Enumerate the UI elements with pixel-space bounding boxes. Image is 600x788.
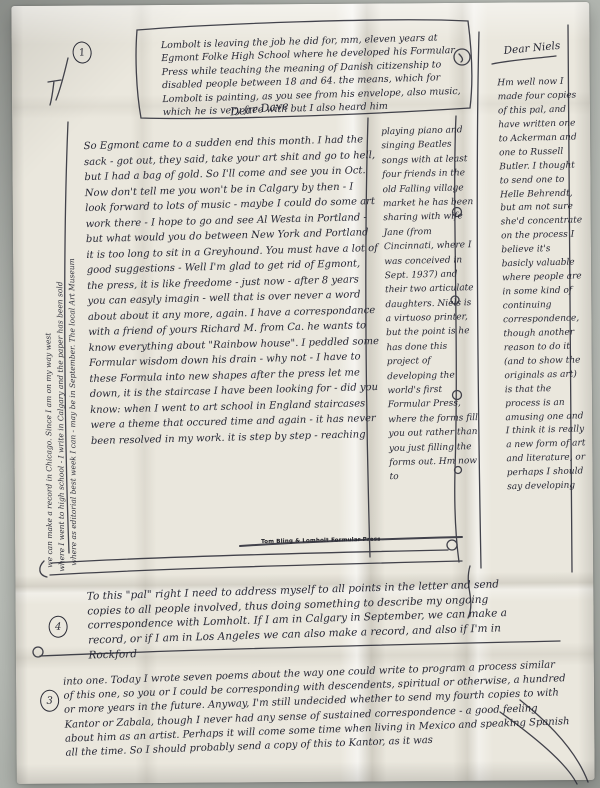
circled-number-3-label: 3 (46, 695, 52, 706)
paragraph-3-text: into one. Today I wrote seven poems abou… (63, 658, 571, 761)
left-margin-note-outer: we can make a record in Chicago. Since I… (44, 333, 55, 568)
left-margin-note-middle: where I went to high school - I write in… (55, 281, 66, 571)
left-margin-note-inner: where as editorial best week I can - may… (67, 258, 78, 565)
salutation-dear-niels: Dear Niels (503, 40, 561, 57)
letter-body-left-column: So Egmont came to a sudden end this mont… (84, 132, 383, 449)
letter-right-column: Hm well now I made four copies of this p… (497, 75, 589, 495)
circled-number-4: 4 (49, 616, 68, 638)
circled-number-1: 1 (71, 40, 93, 65)
top-boxed-note: Lombolt is leaving the job he did for, m… (161, 31, 468, 120)
circled-number-4-label: 4 (55, 621, 61, 632)
letter-paper: 1 4 3 Lombolt is leaving the job he did … (11, 2, 594, 784)
letter-middle-column: playing piano and singing Beatles songs … (381, 123, 482, 485)
circled-number-1-label: 1 (78, 47, 86, 59)
circled-number-3: 3 (40, 690, 59, 712)
paragraph-4-text: To this "pal" right I need to address my… (87, 576, 534, 663)
formular-press-stamp: Tom Bling & Lomholt Formular Press (261, 537, 381, 546)
photo-background: 1 4 3 Lombolt is leaving the job he did … (0, 0, 600, 788)
